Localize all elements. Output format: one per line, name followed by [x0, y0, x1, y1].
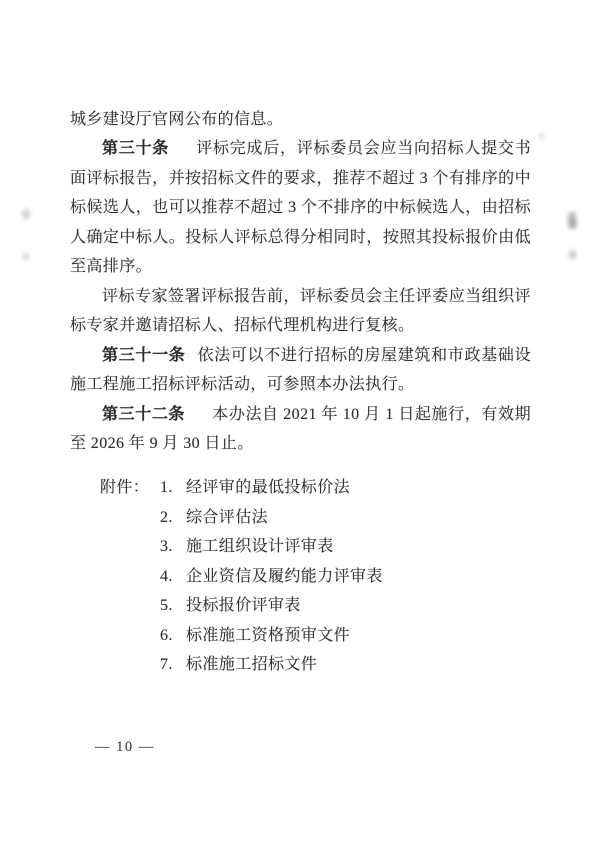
paragraph-text: 城乡建设厅官网公布的信息。	[70, 111, 283, 128]
paragraph-text: 评标专家签署评标报告前，评标委员会主任评委应当组织评标专家并邀请招标人、招标代理…	[70, 288, 531, 334]
attachment-number: 6.	[160, 621, 186, 650]
attachment-title: 投标报价评审表	[186, 591, 301, 620]
scanned-document-page: 城乡建设厅官网公布的信息。 第三十条评标完成后，评标委员会应当向招标人提交书面评…	[0, 0, 600, 847]
attachment-title: 企业资信及履约能力评审表	[186, 562, 383, 591]
paragraph-article-30: 第三十条评标完成后，评标委员会应当向招标人提交书面评标报告，并按招标文件的要求，…	[70, 134, 531, 281]
scan-smudge	[565, 211, 580, 230]
attachment-item: 6. 标准施工资格预审文件	[70, 621, 531, 650]
attachment-title: 标准施工资格预审文件	[186, 621, 350, 650]
scan-smudge	[537, 131, 546, 142]
attachment-title: 经评审的最低投标价法	[186, 473, 350, 502]
attachments-label: 附件：	[100, 473, 160, 502]
paragraph-article-32: 第三十二条本办法自 2021 年 10 月 1 日起施行，有效期至 2026 年…	[70, 400, 531, 459]
attachment-number: 4.	[160, 562, 186, 591]
paragraph-text: 评标完成后，评标委员会应当向招标人提交书面评标报告，并按招标文件的要求，推荐不超…	[70, 140, 531, 275]
attachment-item: 3. 施工组织设计评审表	[70, 532, 531, 561]
paragraph-continuation: 城乡建设厅官网公布的信息。	[70, 105, 531, 134]
paragraph-expert-review: 评标专家签署评标报告前，评标委员会主任评委应当组织评标专家并邀请招标人、招标代理…	[70, 282, 531, 341]
attachment-number: 7.	[160, 650, 186, 679]
attachment-title: 标准施工招标文件	[186, 650, 317, 679]
paragraph-article-31: 第三十一条依法可以不进行招标的房屋建筑和市政基础设施工程施工招标评标活动，可参照…	[70, 341, 531, 400]
attachment-number: 1.	[160, 473, 186, 502]
scan-smudge	[20, 250, 32, 263]
attachment-number: 3.	[160, 532, 186, 561]
article-30-heading: 第三十条	[102, 140, 169, 157]
scan-smudge	[19, 206, 33, 222]
attachment-item: 附件： 1. 经评审的最低投标价法	[70, 473, 531, 502]
attachment-item: 5. 投标报价评审表	[70, 591, 531, 620]
attachment-list: 附件： 1. 经评审的最低投标价法 2. 综合评估法 3. 施工组织设计评审表 …	[70, 473, 531, 679]
attachment-title: 施工组织设计评审表	[186, 532, 334, 561]
article-32-heading: 第三十二条	[102, 406, 185, 423]
attachment-number: 5.	[160, 591, 186, 620]
attachment-title: 综合评估法	[186, 503, 268, 532]
attachment-number: 2.	[160, 503, 186, 532]
attachment-item: 2. 综合评估法	[70, 503, 531, 532]
page-number: — 10 —	[95, 739, 155, 756]
document-body: 城乡建设厅官网公布的信息。 第三十条评标完成后，评标委员会应当向招标人提交书面评…	[70, 105, 531, 680]
attachment-item: 4. 企业资信及履约能力评审表	[70, 562, 531, 591]
article-31-heading: 第三十一条	[102, 347, 185, 364]
attachment-item: 7. 标准施工招标文件	[70, 650, 531, 679]
scan-smudge	[566, 247, 579, 262]
